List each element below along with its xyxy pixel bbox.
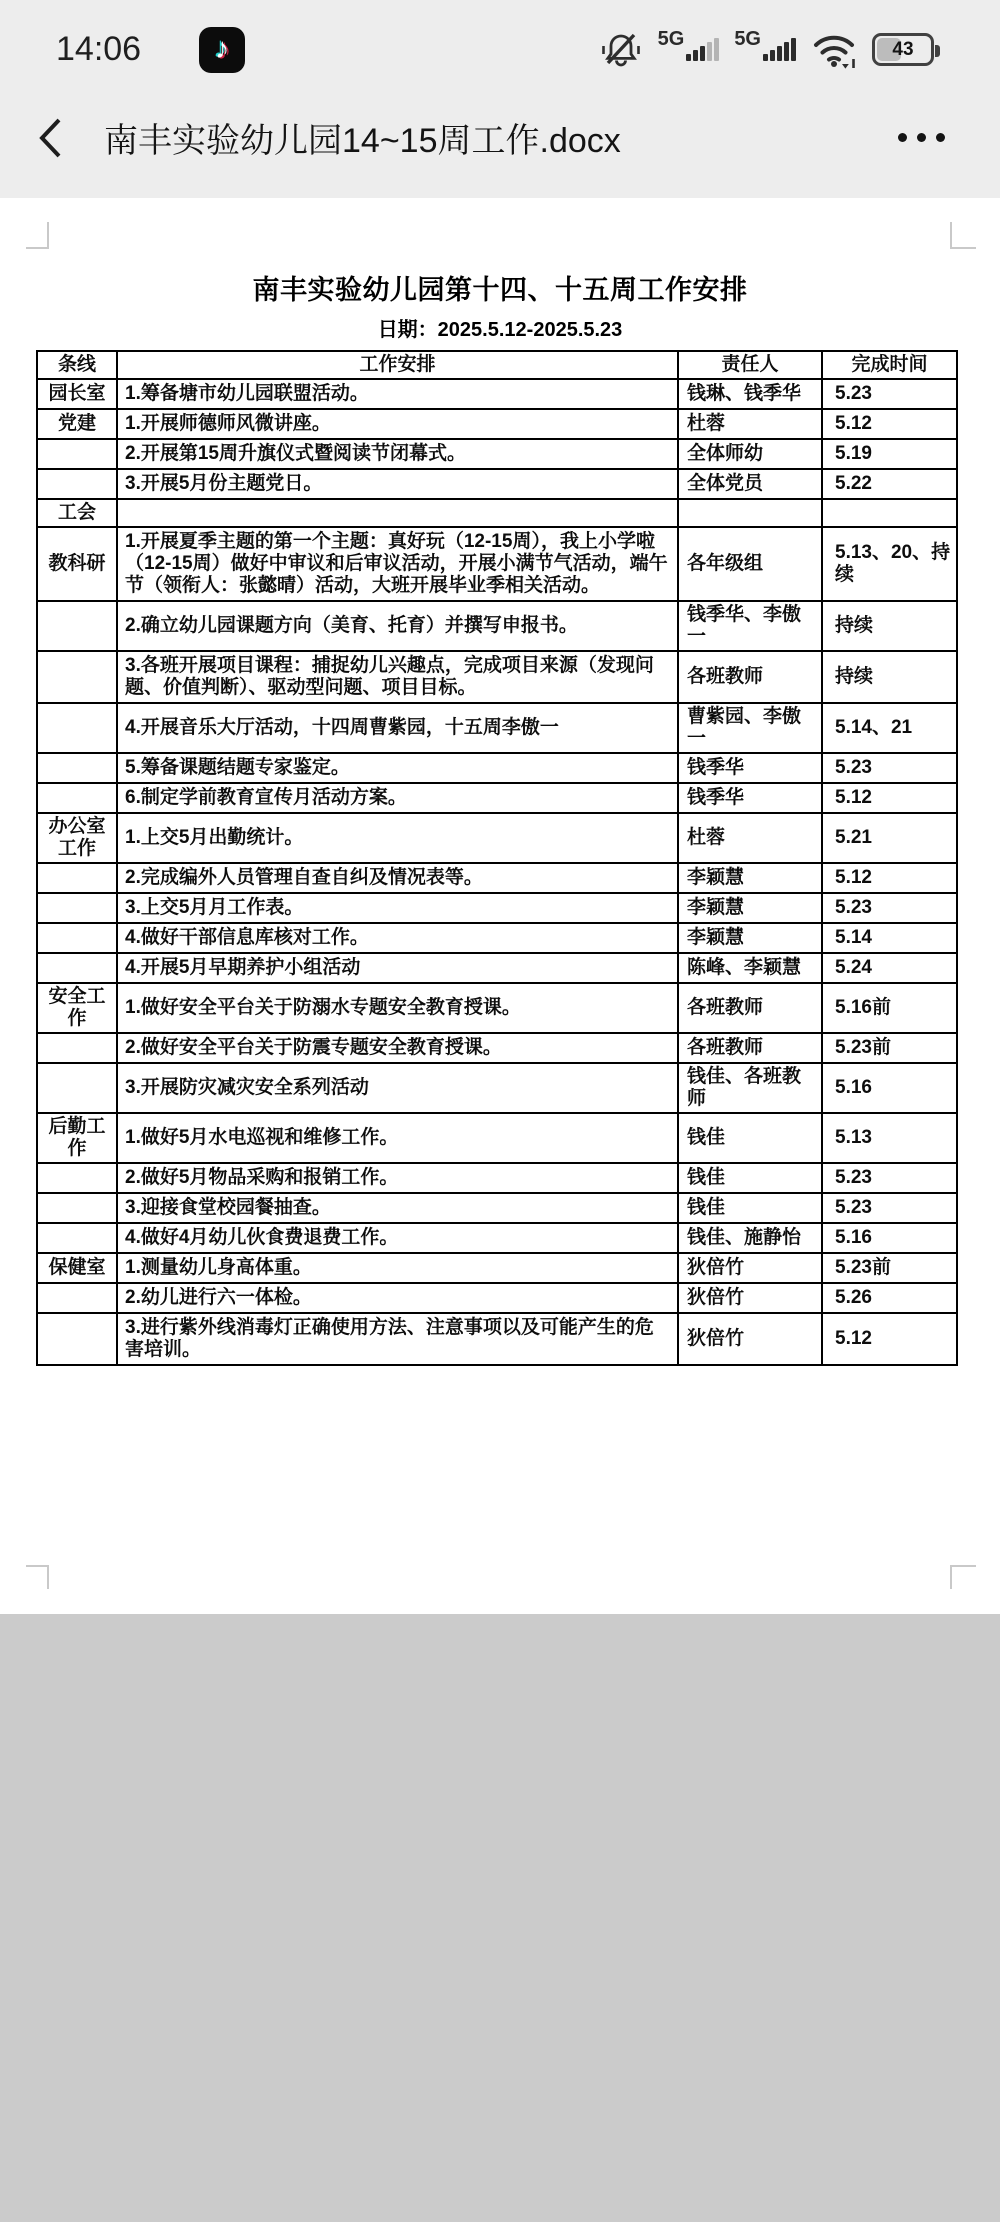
cell-owner: 钱佳 xyxy=(678,1163,822,1193)
cell-task: 3.开展防灾减灾安全系列活动 xyxy=(117,1063,678,1113)
status-bar: 14:06 ♪ 5G 5G xyxy=(0,0,1000,85)
header-line: 条线 xyxy=(37,351,117,379)
table-row: 教科研1.开展夏季主题的第一个主题：真好玩（12-15周），我上小学啦（12-1… xyxy=(37,527,957,601)
table-row: 工会 xyxy=(37,499,957,527)
cell-task: 1.做好5月水电巡视和维修工作。 xyxy=(117,1113,678,1163)
cell-deadline: 5.23 xyxy=(822,1163,957,1193)
cell-owner: 钱佳、施静怡 xyxy=(678,1223,822,1253)
cell-deadline: 5.21 xyxy=(822,813,957,863)
status-indicators: 5G 5G 43 xyxy=(599,28,942,72)
cell-owner: 钱季华 xyxy=(678,783,822,813)
cell-line xyxy=(37,1283,117,1313)
table-row: 3.开展5月份主题党日。全体党员5.22 xyxy=(37,469,957,499)
cell-task: 1.开展师德师风微讲座。 xyxy=(117,409,678,439)
phone-screen: 14:06 ♪ 5G 5G xyxy=(0,0,1000,2222)
cell-task: 3.各班开展项目课程：捕捉幼儿兴趣点，完成项目来源（发现问题、价值判断）、驱动型… xyxy=(117,651,678,703)
header-owner: 责任人 xyxy=(678,351,822,379)
cell-owner: 李颖慧 xyxy=(678,863,822,893)
table-row: 党建1.开展师德师风微讲座。杜蓉5.12 xyxy=(37,409,957,439)
cell-owner: 狄倍竹 xyxy=(678,1253,822,1283)
cell-owner: 李颖慧 xyxy=(678,893,822,923)
nav-bar: 南丰实验幼儿园14~15周工作.docx xyxy=(0,85,1000,198)
cell-line xyxy=(37,1313,117,1365)
cell-line: 安全工作 xyxy=(37,983,117,1033)
table-row: 4.做好干部信息库核对工作。李颖慧5.14 xyxy=(37,923,957,953)
cell-line xyxy=(37,753,117,783)
cell-line xyxy=(37,651,117,703)
cell-deadline: 5.12 xyxy=(822,783,957,813)
table-row: 3.迎接食堂校园餐抽查。钱佳5.23 xyxy=(37,1193,957,1223)
network-type-label: 5G xyxy=(658,28,685,51)
schedule-title: 南丰实验幼儿园第十四、十五周工作安排 xyxy=(0,198,1000,307)
signal-icon: 5G xyxy=(658,38,720,61)
viewer-canvas xyxy=(0,1614,1000,2222)
cell-owner: 全体师幼 xyxy=(678,439,822,469)
cell-line xyxy=(37,1223,117,1253)
page-corner-mark xyxy=(950,222,976,249)
cell-owner: 各班教师 xyxy=(678,1033,822,1063)
cell-deadline: 5.16前 xyxy=(822,983,957,1033)
cell-owner: 各班教师 xyxy=(678,651,822,703)
cell-deadline: 5.13、20、持续 xyxy=(822,527,957,601)
battery-icon: 43 xyxy=(872,33,934,66)
cell-owner: 钱佳、各班教师 xyxy=(678,1063,822,1113)
cell-deadline: 5.23 xyxy=(822,753,957,783)
document-page[interactable]: 南丰实验幼儿园第十四、十五周工作安排 日期：2025.5.12-2025.5.2… xyxy=(0,198,1000,1614)
cell-owner: 钱佳 xyxy=(678,1113,822,1163)
cell-task: 3.开展5月份主题党日。 xyxy=(117,469,678,499)
table-row: 3.进行紫外线消毒灯正确使用方法、注意事项以及可能产生的危害培训。狄倍竹5.12 xyxy=(37,1313,957,1365)
cell-task: 4.做好4月幼儿伙食费退费工作。 xyxy=(117,1223,678,1253)
cell-line: 党建 xyxy=(37,409,117,439)
cell-owner: 钱佳 xyxy=(678,1193,822,1223)
table-row: 5.筹备课题结题专家鉴定。钱季华5.23 xyxy=(37,753,957,783)
bell-muted-vibrate-icon xyxy=(599,28,643,72)
cell-owner: 钱季华 xyxy=(678,753,822,783)
table-row: 2.确立幼儿园课题方向（美育、托育）并撰写申报书。钱季华、李傲一持续 xyxy=(37,601,957,651)
more-menu-button[interactable] xyxy=(898,123,945,152)
cell-deadline: 持续 xyxy=(822,651,957,703)
cell-deadline: 5.12 xyxy=(822,1313,957,1365)
table-row: 3.各班开展项目课程：捕捉幼儿兴趣点，完成项目来源（发现问题、价值判断）、驱动型… xyxy=(37,651,957,703)
cell-owner: 钱琳、钱季华 xyxy=(678,379,822,409)
cell-deadline: 5.16 xyxy=(822,1223,957,1253)
cell-deadline: 持续 xyxy=(822,601,957,651)
cell-task: 1.筹备塘市幼儿园联盟活动。 xyxy=(117,379,678,409)
cell-deadline: 5.24 xyxy=(822,953,957,983)
cell-line xyxy=(37,469,117,499)
cell-deadline: 5.19 xyxy=(822,439,957,469)
table-row: 安全工作1.做好安全平台关于防溺水专题安全教育授课。各班教师5.16前 xyxy=(37,983,957,1033)
cell-line xyxy=(37,1033,117,1063)
page-corner-mark xyxy=(26,222,49,249)
table-row: 园长室1.筹备塘市幼儿园联盟活动。钱琳、钱季华5.23 xyxy=(37,379,957,409)
table-row: 2.开展第15周升旗仪式暨阅读节闭幕式。全体师幼5.19 xyxy=(37,439,957,469)
cell-owner: 全体党员 xyxy=(678,469,822,499)
cell-owner: 钱季华、李傲一 xyxy=(678,601,822,651)
table-row: 6.制定学前教育宣传月活动方案。钱季华5.12 xyxy=(37,783,957,813)
cell-line xyxy=(37,893,117,923)
cell-line xyxy=(37,1193,117,1223)
cell-line: 保健室 xyxy=(37,1253,117,1283)
work-schedule-table: 条线 工作安排 责任人 完成时间 园长室1.筹备塘市幼儿园联盟活动。钱琳、钱季华… xyxy=(36,350,958,1366)
cell-task: 2.开展第15周升旗仪式暨阅读节闭幕式。 xyxy=(117,439,678,469)
cell-task: 2.幼儿进行六一体检。 xyxy=(117,1283,678,1313)
cell-owner: 杜蓉 xyxy=(678,813,822,863)
cell-deadline: 5.12 xyxy=(822,863,957,893)
cell-task: 3.进行紫外线消毒灯正确使用方法、注意事项以及可能产生的危害培训。 xyxy=(117,1313,678,1365)
cell-owner: 狄倍竹 xyxy=(678,1313,822,1365)
cell-owner xyxy=(678,499,822,527)
cell-line xyxy=(37,439,117,469)
page-corner-mark xyxy=(26,1565,49,1589)
clock: 14:06 xyxy=(56,30,141,69)
cell-deadline: 5.22 xyxy=(822,469,957,499)
document-title: 南丰实验幼儿园14~15周工作.docx xyxy=(104,113,621,162)
table-header-row: 条线 工作安排 责任人 完成时间 xyxy=(37,351,957,379)
table-row: 3.上交5月月工作表。李颖慧5.23 xyxy=(37,893,957,923)
cell-task: 4.开展5月早期养护小组活动 xyxy=(117,953,678,983)
table-row: 2.做好安全平台关于防震专题安全教育授课。各班教师5.23前 xyxy=(37,1033,957,1063)
cell-owner: 陈峰、李颖慧 xyxy=(678,953,822,983)
cell-line: 教科研 xyxy=(37,527,117,601)
cell-deadline: 5.16 xyxy=(822,1063,957,1113)
cell-task: 2.确立幼儿园课题方向（美育、托育）并撰写申报书。 xyxy=(117,601,678,651)
cell-line: 工会 xyxy=(37,499,117,527)
chevron-left-icon xyxy=(38,117,64,159)
table-row: 后勤工作1.做好5月水电巡视和维修工作。钱佳5.13 xyxy=(37,1113,957,1163)
table-row: 保健室1.测量幼儿身高体重。狄倍竹5.23前 xyxy=(37,1253,957,1283)
cell-task: 3.上交5月月工作表。 xyxy=(117,893,678,923)
network-type-label: 5G xyxy=(734,28,761,51)
cell-deadline: 5.14、21 xyxy=(822,703,957,753)
cell-owner: 曹紫园、李傲一 xyxy=(678,703,822,753)
cell-line xyxy=(37,1063,117,1113)
wifi-icon xyxy=(811,31,857,69)
cell-line xyxy=(37,863,117,893)
cell-line xyxy=(37,1163,117,1193)
cell-owner: 李颖慧 xyxy=(678,923,822,953)
cell-owner: 各年级组 xyxy=(678,527,822,601)
cell-task: 2.完成编外人员管理自查自纠及情况表等。 xyxy=(117,863,678,893)
cell-deadline: 5.23 xyxy=(822,1193,957,1223)
cell-line: 园长室 xyxy=(37,379,117,409)
cell-task: 4.做好干部信息库核对工作。 xyxy=(117,923,678,953)
table-row: 4.做好4月幼儿伙食费退费工作。钱佳、施静怡5.16 xyxy=(37,1223,957,1253)
cell-deadline xyxy=(822,499,957,527)
cell-owner: 杜蓉 xyxy=(678,409,822,439)
cell-task: 6.制定学前教育宣传月活动方案。 xyxy=(117,783,678,813)
cell-task: 2.做好5月物品采购和报销工作。 xyxy=(117,1163,678,1193)
cell-deadline: 5.23前 xyxy=(822,1033,957,1063)
cell-line: 后勤工作 xyxy=(37,1113,117,1163)
tiktok-icon: ♪ xyxy=(199,27,245,73)
schedule-date: 日期：2025.5.12-2025.5.23 xyxy=(0,313,1000,342)
battery-level: 43 xyxy=(875,36,931,63)
cell-owner: 各班教师 xyxy=(678,983,822,1033)
cell-deadline: 5.14 xyxy=(822,923,957,953)
header-deadline: 完成时间 xyxy=(822,351,957,379)
cell-deadline: 5.13 xyxy=(822,1113,957,1163)
table-row: 2.幼儿进行六一体检。狄倍竹5.26 xyxy=(37,1283,957,1313)
cell-line: 办公室工作 xyxy=(37,813,117,863)
back-button[interactable] xyxy=(38,116,68,160)
table-row: 办公室工作1.上交5月出勤统计。杜蓉5.21 xyxy=(37,813,957,863)
table-row: 2.做好5月物品采购和报销工作。钱佳5.23 xyxy=(37,1163,957,1193)
cell-line xyxy=(37,601,117,651)
cell-deadline: 5.26 xyxy=(822,1283,957,1313)
cell-deadline: 5.12 xyxy=(822,409,957,439)
cell-deadline: 5.23 xyxy=(822,379,957,409)
cell-line xyxy=(37,703,117,753)
cell-line xyxy=(37,783,117,813)
cell-task: 1.测量幼儿身高体重。 xyxy=(117,1253,678,1283)
cell-deadline: 5.23前 xyxy=(822,1253,957,1283)
page-corner-mark xyxy=(950,1565,976,1589)
cell-task: 5.筹备课题结题专家鉴定。 xyxy=(117,753,678,783)
cell-task: 1.上交5月出勤统计。 xyxy=(117,813,678,863)
table-row: 4.开展音乐大厅活动，十四周曹紫园，十五周李傲一曹紫园、李傲一5.14、21 xyxy=(37,703,957,753)
cell-task: 3.迎接食堂校园餐抽查。 xyxy=(117,1193,678,1223)
cell-task: 2.做好安全平台关于防震专题安全教育授课。 xyxy=(117,1033,678,1063)
cell-deadline: 5.23 xyxy=(822,893,957,923)
cell-owner: 狄倍竹 xyxy=(678,1283,822,1313)
table-row: 2.完成编外人员管理自查自纠及情况表等。李颖慧5.12 xyxy=(37,863,957,893)
cell-task: 1.做好安全平台关于防溺水专题安全教育授课。 xyxy=(117,983,678,1033)
cell-line xyxy=(37,923,117,953)
work-table-body: 园长室1.筹备塘市幼儿园联盟活动。钱琳、钱季华5.23党建1.开展师德师风微讲座… xyxy=(37,379,957,1365)
cell-task: 1.开展夏季主题的第一个主题：真好玩（12-15周），我上小学啦（12-15周）… xyxy=(117,527,678,601)
cell-task: 4.开展音乐大厅活动，十四周曹紫园，十五周李傲一 xyxy=(117,703,678,753)
table-row: 3.开展防灾减灾安全系列活动钱佳、各班教师5.16 xyxy=(37,1063,957,1113)
cell-line xyxy=(37,953,117,983)
table-row: 4.开展5月早期养护小组活动陈峰、李颖慧5.24 xyxy=(37,953,957,983)
signal-icon: 5G xyxy=(734,38,796,61)
cell-task xyxy=(117,499,678,527)
header-task: 工作安排 xyxy=(117,351,678,379)
